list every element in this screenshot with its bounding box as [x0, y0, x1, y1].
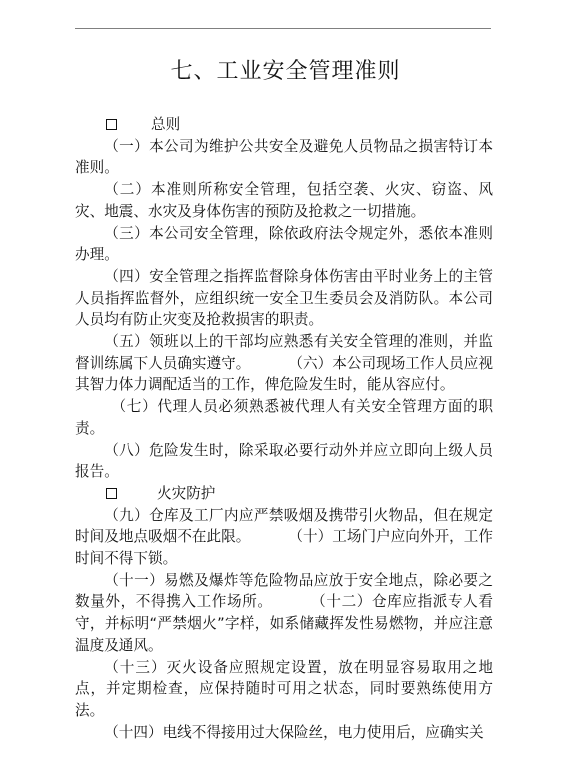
header-rule	[75, 28, 491, 29]
section-heading-fire: 火灾防护	[75, 483, 493, 505]
section-heading-label: 总则	[151, 114, 180, 136]
document-title: 七、工业安全管理准则	[0, 54, 571, 85]
paragraph-item-9-10: （九）仓库及工厂内应严禁吸烟及携带引火物品，但在规定时间及地点吸烟不在此限。（十…	[75, 505, 493, 570]
document-body: 总则 （一）本公司为维护公共安全及避免人员物品之损害特订本准则。 （二）本准则所…	[75, 114, 493, 743]
section-heading-general: 总则	[75, 114, 493, 136]
paragraph-item-8: （八）危险发生时，除采取必要行动外并应立即向上级人员报告。	[75, 440, 493, 483]
paragraph-item-11-12: （十一）易燃及爆炸等危险物品应放于安全地点，除必要之数量外，不得携入工作场所。（…	[75, 570, 493, 657]
checkbox-icon	[106, 488, 117, 499]
document-page: 七、工业安全管理准则 总则 （一）本公司为维护公共安全及避免人员物品之损害特订本…	[0, 0, 571, 778]
paragraph-item-3: （三）本公司安全管理，除依政府法令规定外，悉依本准则办理。	[75, 223, 493, 266]
paragraph-item-1: （一）本公司为维护公共安全及避免人员物品之损害特订本准则。	[75, 136, 493, 179]
section-heading-label: 火灾防护	[157, 483, 215, 505]
checkbox-icon	[106, 119, 117, 130]
paragraph-item-14: （十四）电线不得接用过大保险丝，电力使用后，应确实关	[75, 722, 493, 744]
paragraph-item-7: （七）代理人员必须熟悉被代理人有关安全管理方面的职责。	[75, 396, 493, 439]
paragraph-item-2: （二）本准则所称安全管理，包括空袭、火灾、窃盗、风灾、地震、水灾及身体伤害的预防…	[75, 179, 493, 222]
paragraph-item-13: （十三）灭火设备应照规定设置，放在明显容易取用之地点，并定期检查，应保持随时可用…	[75, 657, 493, 722]
paragraph-item-5-6: （五）领班以上的干部均应熟悉有关安全管理的准则，并监督训练属下人员确实遵守。（六…	[75, 331, 493, 396]
paragraph-item-4: （四）安全管理之指挥监督除身体伤害由平时业务上的主管人员指挥监督外，应组织统一安…	[75, 266, 493, 331]
